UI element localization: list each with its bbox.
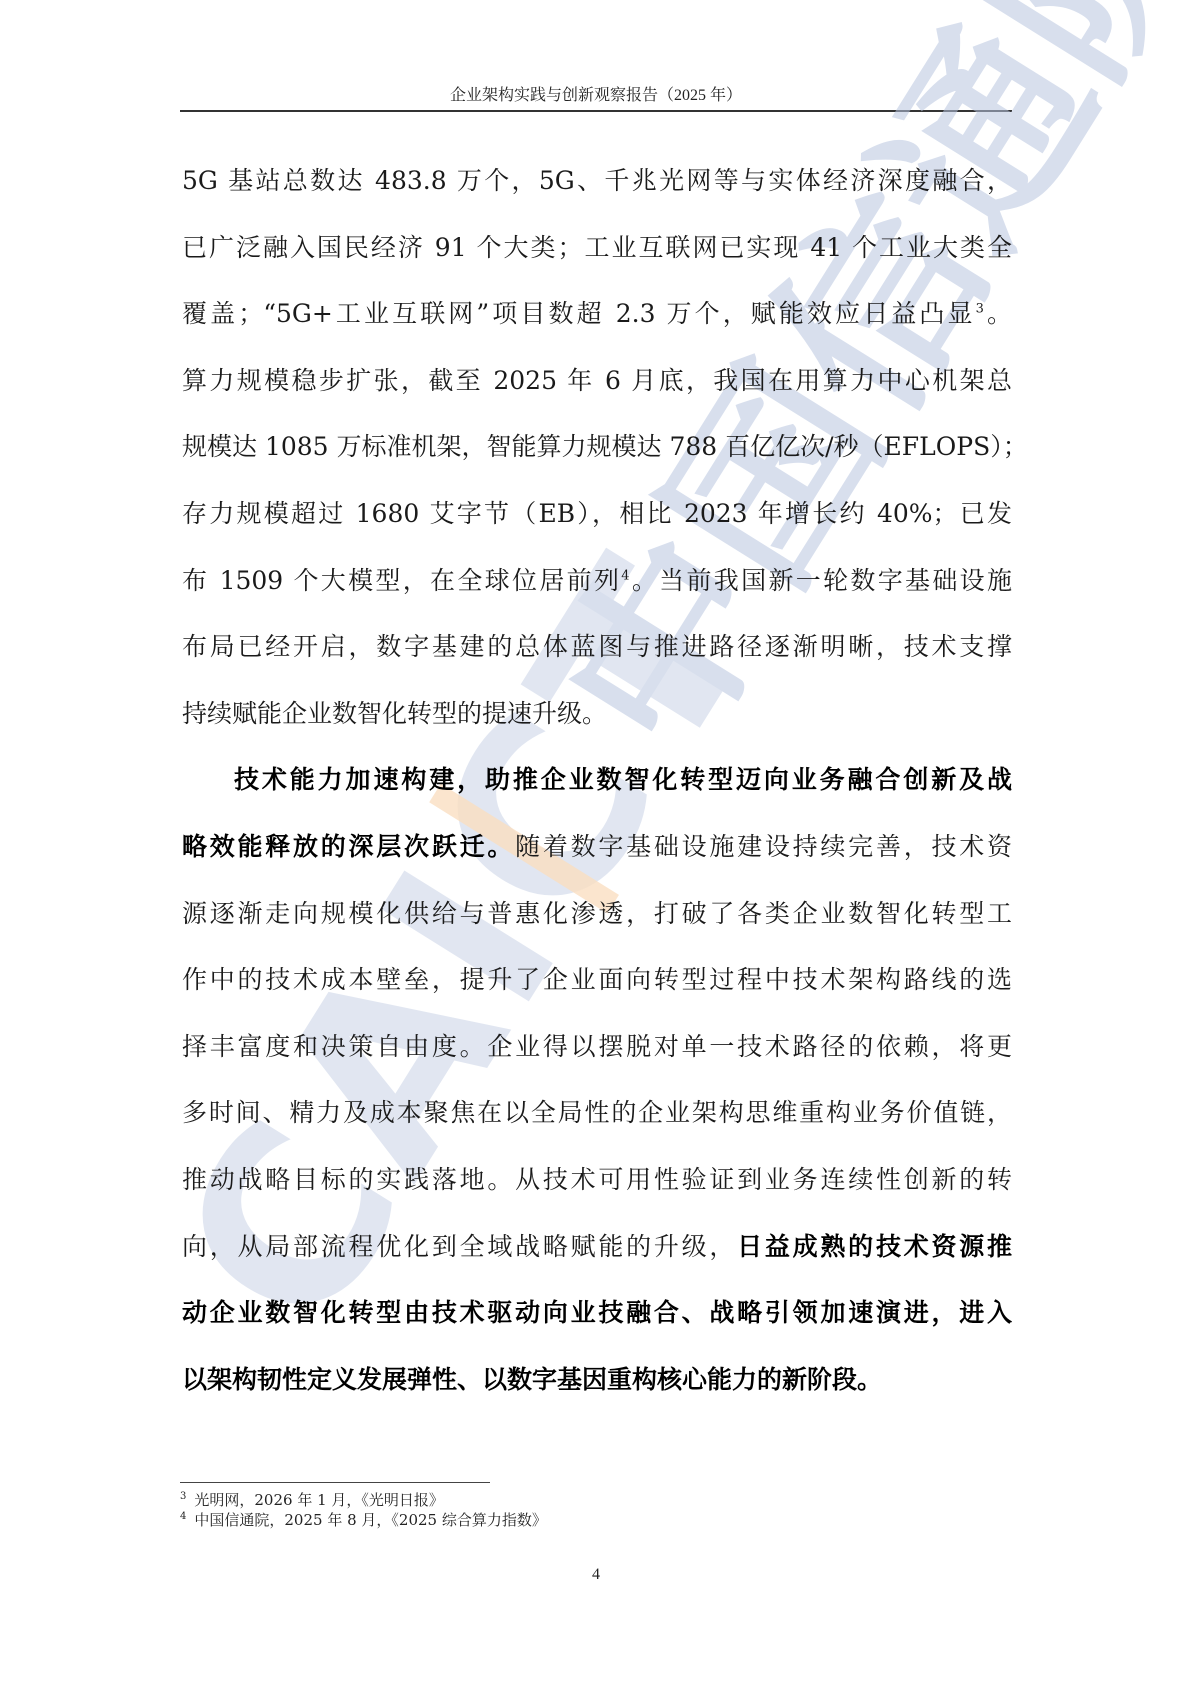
body-text-segment: 存力规模超过 1680 艾字节（EB），相比 2023 年增长约 40%；已发 [182,499,1012,528]
text-line: 布 1509 个大模型，在全球位居前列4。当前我国新一轮数字基础设施 [182,548,1012,615]
text-line: 推动战略目标的实践落地。从技术可用性验证到业务连续性创新的转 [182,1147,1012,1214]
bold-text: 以架构韧性定义发展弹性、以数字基因重构核心能力的新阶段。 [182,1365,882,1394]
text-line: 布局已经开启，数字基建的总体蓝图与推进路径逐渐明晰，技术支撑 [182,614,1012,681]
bold-text: 技术能力加速构建，助推企业数智化转型迈向业务融合创新及战 [234,765,1012,794]
bold-text: 略效能释放的深层次跃迁。 [182,832,515,861]
body-text-segment: 源逐渐走向规模化供给与普惠化渗透，打破了各类企业数智化转型工 [182,899,1012,928]
text-line: 择丰富度和决策自由度。企业得以摆脱对单一技术路径的依赖，将更 [182,1014,1012,1081]
footnote-number: 4 [180,1511,186,1522]
body-text-segment: 已广泛融入国民经济 91 个大类；工业互联网已实现 41 个工业大类全 [182,233,1012,262]
body-text-segment: 随着数字基础设施建设持续完善，技术资 [515,832,1012,861]
body-text-segment: 择丰富度和决策自由度。企业得以摆脱对单一技术路径的依赖，将更 [182,1032,1012,1061]
bold-text: 动企业数智化转型由技术驱动向业技融合、战略引领加速演进，进入 [182,1298,1012,1327]
body-text-segment: 算力规模稳步扩张，截至 2025 年 6 月底，我国在用算力中心机架总 [182,366,1012,395]
document-page: 企业架构实践与创新观察报告（2025 年） CAICT 中国信通院 5G 基站总… [0,0,1191,1684]
text-line: 技术能力加速构建，助推企业数智化转型迈向业务融合创新及战 [182,747,1012,814]
body-text-segment: 。 [984,299,1012,328]
body-text-segment: 覆盖；“5G+工业互联网”项目数超 2.3 万个，赋能效应日益凸显 [182,299,976,328]
footnote-rule [180,1482,490,1483]
body-text-segment: 5G 基站总数达 483.8 万个，5G、千兆光网等与实体经济深度融合， [182,166,1012,195]
text-line: 作中的技术成本壁垒，提升了企业面向转型过程中技术架构路线的选 [182,947,1012,1014]
text-line: 持续赋能企业数智化转型的提速升级。 [182,681,1012,748]
text-line: 规模达 1085 万标准机架，智能算力规模达 788 百亿亿次/秒（EFLOPS… [182,414,1012,481]
text-line: 源逐渐走向规模化供给与普惠化渗透，打破了各类企业数智化转型工 [182,881,1012,948]
footnote-ref[interactable]: 3 [976,302,984,317]
body-text-segment: 作中的技术成本壁垒，提升了企业面向转型过程中技术架构路线的选 [182,965,1012,994]
header-rule [180,110,1012,112]
text-line: 5G 基站总数达 483.8 万个，5G、千兆光网等与实体经济深度融合， [182,148,1012,215]
body-text: 5G 基站总数达 483.8 万个，5G、千兆光网等与实体经济深度融合，已广泛融… [182,148,1012,1413]
text-line: 覆盖；“5G+工业互联网”项目数超 2.3 万个，赋能效应日益凸显3。 [182,281,1012,348]
page-number: 4 [580,1566,612,1584]
footnote-number: 3 [180,1491,186,1502]
footnote-item: 4中国信通院，2025 年 8 月，《2025 综合算力指数》 [180,1510,880,1530]
body-text-segment: 持续赋能企业数智化转型的提速升级。 [182,699,607,728]
paragraph: 5G 基站总数达 483.8 万个，5G、千兆光网等与实体经济深度融合，已广泛融… [182,148,1012,747]
body-text-segment: 布局已经开启，数字基建的总体蓝图与推进路径逐渐明晰，技术支撑 [182,632,1012,661]
footnotes: 3光明网，2026 年 1 月，《光明日报》4中国信通院，2025 年 8 月，… [180,1490,880,1530]
footnote-text: 中国信通院，2025 年 8 月，《2025 综合算力指数》 [194,1511,546,1529]
body-text-segment: 布 1509 个大模型，在全球位居前列 [182,566,621,595]
text-line: 向，从局部流程优化到全域战略赋能的升级，日益成熟的技术资源推 [182,1214,1012,1281]
running-header: 企业架构实践与创新观察报告（2025 年） [180,82,1012,105]
body-text-segment: 向，从局部流程优化到全域战略赋能的升级， [182,1232,737,1261]
footnote-ref[interactable]: 4 [621,568,629,583]
text-line: 存力规模超过 1680 艾字节（EB），相比 2023 年增长约 40%；已发 [182,481,1012,548]
paragraph: 技术能力加速构建，助推企业数智化转型迈向业务融合创新及战略效能释放的深层次跃迁。… [182,747,1012,1413]
text-line: 略效能释放的深层次跃迁。随着数字基础设施建设持续完善，技术资 [182,814,1012,881]
text-line: 动企业数智化转型由技术驱动向业技融合、战略引领加速演进，进入 [182,1280,1012,1347]
bold-text: 日益成熟的技术资源推 [737,1232,1012,1261]
footnote-text: 光明网，2026 年 1 月，《光明日报》 [194,1491,444,1509]
footnote-item: 3光明网，2026 年 1 月，《光明日报》 [180,1490,880,1510]
text-line: 以架构韧性定义发展弹性、以数字基因重构核心能力的新阶段。 [182,1347,1012,1414]
text-line: 已广泛融入国民经济 91 个大类；工业互联网已实现 41 个工业大类全 [182,215,1012,282]
text-line: 多时间、精力及成本聚焦在以全局性的企业架构思维重构业务价值链， [182,1080,1012,1147]
body-text-segment: 多时间、精力及成本聚焦在以全局性的企业架构思维重构业务价值链， [182,1098,1012,1127]
body-text-segment: 规模达 1085 万标准机架，智能算力规模达 788 百亿亿次/秒（EFLOPS… [182,432,1028,461]
body-text-segment: 。当前我国新一轮数字基础设施 [630,566,1012,595]
body-text-segment: 推动战略目标的实践落地。从技术可用性验证到业务连续性创新的转 [182,1165,1012,1194]
text-line: 算力规模稳步扩张，截至 2025 年 6 月底，我国在用算力中心机架总 [182,348,1012,415]
